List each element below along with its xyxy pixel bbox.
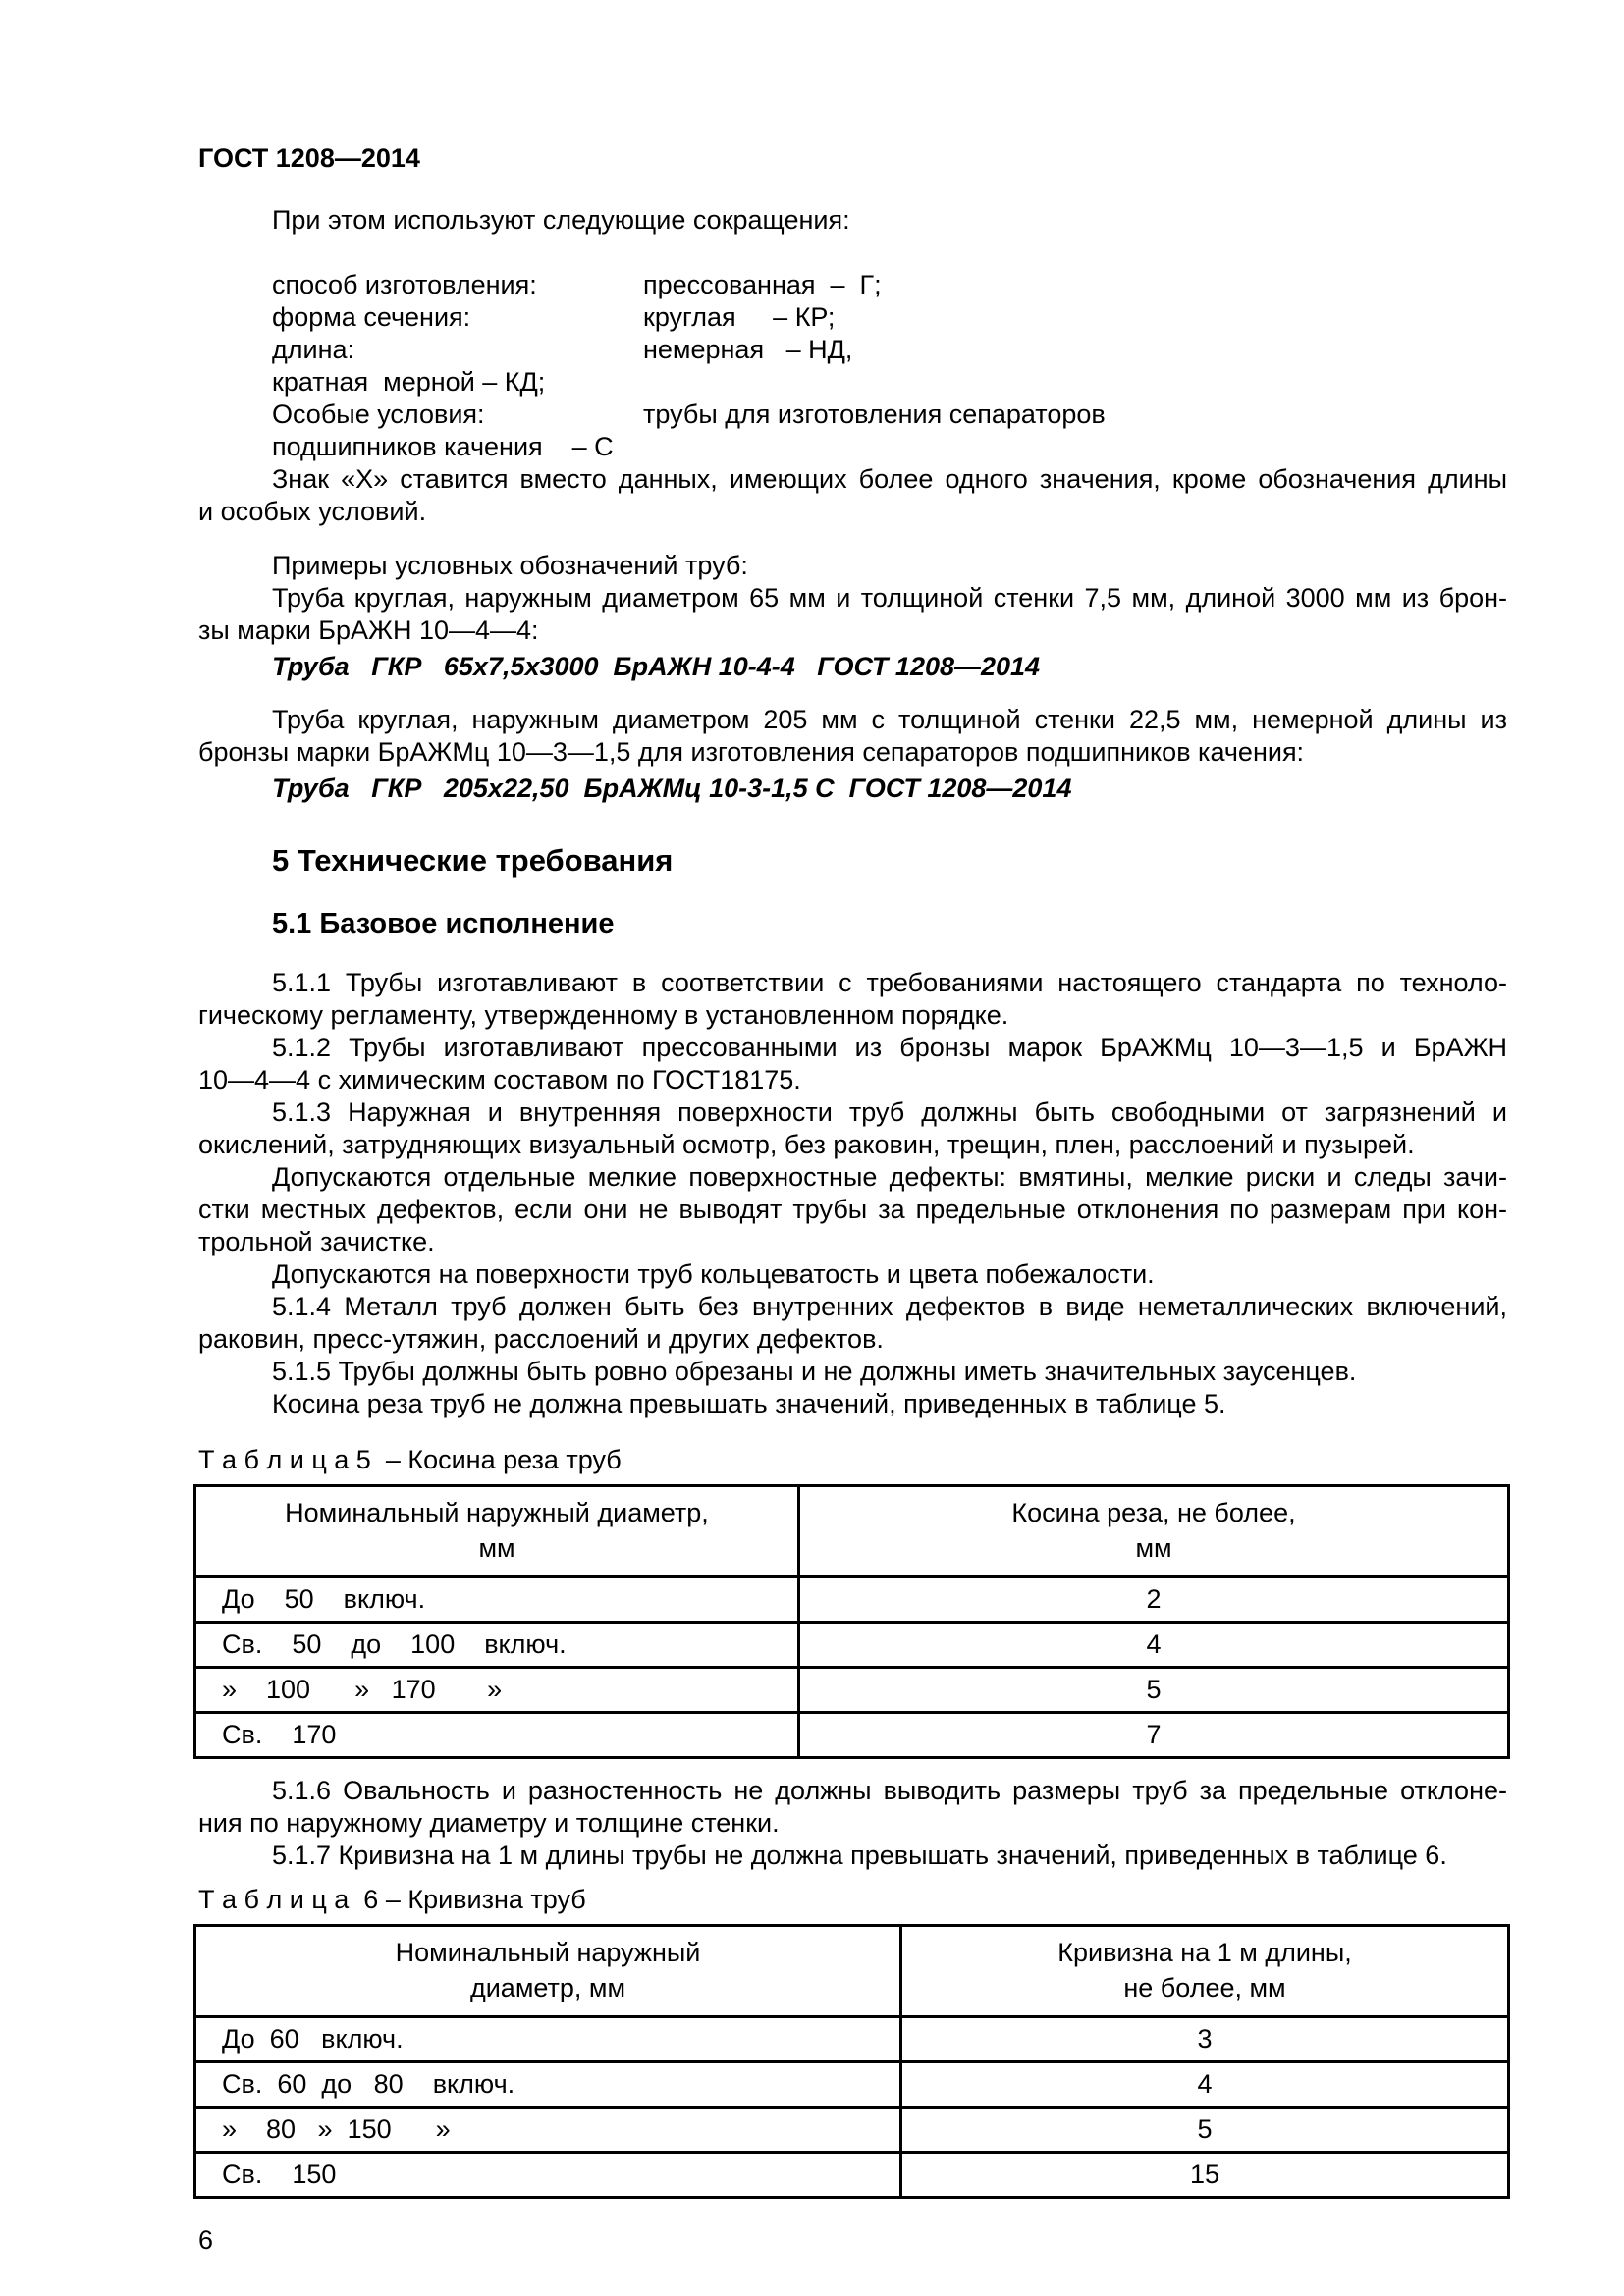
value-cell: 5: [901, 2108, 1509, 2153]
table5-caption: Т а б л и ц а 5 – Косина реза труб: [198, 1444, 1507, 1476]
table5-col1-header: Номинальный наружный диаметр, мм: [195, 1486, 799, 1577]
paragraph-line: раковин, пресс-утяжин, расслоений и друг…: [198, 1323, 1507, 1356]
table6-caption: Т а б л и ц а 6 – Кривизна труб: [198, 1884, 1507, 1916]
paragraph-5-1-2: 5.1.2 Трубы изготавливают прессованными …: [198, 1032, 1507, 1096]
paragraph-line: 5.1.6 Овальность и разностенность не дол…: [198, 1775, 1507, 1807]
paragraph-5-1-5: 5.1.5 Трубы должны быть ровно обрезаны и…: [198, 1356, 1507, 1388]
value-cell: 4: [799, 1623, 1509, 1668]
paragraph-line: Труба круглая, наружным диаметром 65 мм …: [198, 582, 1507, 614]
paragraph-line: Труба круглая, наружным диаметром 205 мм…: [198, 704, 1507, 736]
paragraph-kosina: Косина реза труб не должна превышать зна…: [198, 1388, 1507, 1420]
znak-paragraph: Знак «Х» ставится вместо данных, имеющих…: [198, 463, 1507, 528]
paragraph-line: зы марки БрАЖН 10—4—4:: [198, 614, 1507, 647]
paragraph-5-1-3: 5.1.3 Наружная и внутренняя поверхности …: [198, 1096, 1507, 1161]
abbreviation-label: длина:: [198, 334, 643, 366]
abbreviation-label: способ изготовления:: [198, 269, 643, 301]
examples-lead: Примеры условных обозначений труб:: [198, 550, 1507, 582]
section-heading: 5 Технические требования: [198, 841, 1507, 881]
paragraph-line: 5.1.3 Наружная и внутренняя поверхности …: [198, 1096, 1507, 1129]
abbreviation-label: подшипников качения – С: [198, 431, 643, 463]
document-page: ГОСТ 1208—2014 При этом используют следу…: [0, 0, 1624, 2296]
diameter-range-cell: Св. 150: [195, 2153, 901, 2198]
table-row: Св. 150 15: [195, 2153, 1509, 2198]
table-row: До 50 включ. 2: [195, 1577, 1509, 1623]
table-row: Св. 60 до 80 включ. 4: [195, 2062, 1509, 2108]
table5-col2-header: Косина реза, не более, мм: [799, 1486, 1509, 1577]
subsection-heading: 5.1 Базовое исполнение: [198, 906, 1507, 941]
example2-paragraph: Труба круглая, наружным диаметром 205 мм…: [198, 704, 1507, 769]
paragraph-5-1-4: 5.1.4 Металл труб должен быть без внутре…: [198, 1291, 1507, 1356]
paragraph-line: гическому регламенту, утвержденному в ус…: [198, 999, 1507, 1032]
paragraph-line: и особых условий.: [198, 496, 1507, 528]
paragraph-line: 10—4—4 с химическим составом по ГОСТ1817…: [198, 1064, 1507, 1096]
abbreviation-value: трубы для изготовления сепараторов: [643, 399, 1106, 431]
table-row: Св. 50 до 100 включ. 4: [195, 1623, 1509, 1668]
abbreviation-label: Особые условия:: [198, 399, 643, 431]
page-number: 6: [198, 2224, 1507, 2257]
value-cell: 7: [799, 1713, 1509, 1758]
abbreviation-value: прессованная – Г;: [643, 269, 882, 301]
diameter-range-cell: » 100 » 170 »: [195, 1668, 799, 1713]
paragraph-5-1-7: 5.1.7 Кривизна на 1 м длины трубы не дол…: [198, 1840, 1507, 1872]
abbreviation-list: способ изготовления: прессованная – Г; ф…: [198, 269, 1507, 463]
abbreviation-label: кратная мерной – КД;: [198, 366, 643, 399]
value-cell: 5: [799, 1668, 1509, 1713]
table-row: » 80 » 150 » 5: [195, 2108, 1509, 2153]
paragraph-line: 5.1.1 Трубы изготавливают в соответствии…: [198, 967, 1507, 999]
table-row: » 100 » 170 » 5: [195, 1668, 1509, 1713]
paragraph-line: Знак «Х» ставится вместо данных, имеющих…: [198, 463, 1507, 496]
table-row: До 60 включ. 3: [195, 2017, 1509, 2062]
diameter-range-cell: До 60 включ.: [195, 2017, 901, 2062]
table-row: Св. 170 7: [195, 1713, 1509, 1758]
value-cell: 4: [901, 2062, 1509, 2108]
abbreviation-row: подшипников качения – С: [198, 431, 1507, 463]
diameter-range-cell: » 80 » 150 »: [195, 2108, 901, 2153]
paragraph-line: трольной зачистке.: [198, 1226, 1507, 1258]
diameter-range-cell: До 50 включ.: [195, 1577, 799, 1623]
paragraph-line: бронзы марки БрАЖМц 10—3—1,5 для изготов…: [198, 736, 1507, 769]
abbreviation-row: Особые условия: трубы для изготовления с…: [198, 399, 1507, 431]
designation-line-2: Труба ГКР 205х22,50 БрАЖМц 10-3-1,5 С ГО…: [198, 773, 1507, 806]
abbreviation-row: форма сечения: круглая – КР;: [198, 301, 1507, 334]
abbreviation-value: круглая – КР;: [643, 301, 835, 334]
example1-paragraph: Труба круглая, наружным диаметром 65 мм …: [198, 582, 1507, 647]
paragraph-line: окислений, затрудняющих визуальный осмот…: [198, 1129, 1507, 1161]
abbreviation-label: форма сечения:: [198, 301, 643, 334]
value-cell: 15: [901, 2153, 1509, 2198]
paragraph-line: стки местных дефектов, если они не вывод…: [198, 1194, 1507, 1226]
paragraph-line: ния по наружному диаметру и толщине стен…: [198, 1807, 1507, 1840]
page-content: ГОСТ 1208—2014 При этом используют следу…: [198, 142, 1507, 2257]
paragraph-defects: Допускаются отдельные мелкие поверхностн…: [198, 1161, 1507, 1258]
diameter-range-cell: Св. 170: [195, 1713, 799, 1758]
paragraph-line: 5.1.4 Металл труб должен быть без внутре…: [198, 1291, 1507, 1323]
abbreviation-row: способ изготовления: прессованная – Г;: [198, 269, 1507, 301]
paragraph-5-1-1: 5.1.1 Трубы изготавливают в соответствии…: [198, 967, 1507, 1032]
table6-col2-header: Кривизна на 1 м длины, не более, мм: [901, 1926, 1509, 2017]
value-cell: 2: [799, 1577, 1509, 1623]
diameter-range-cell: Св. 50 до 100 включ.: [195, 1623, 799, 1668]
doc-header: ГОСТ 1208—2014: [198, 142, 1507, 175]
designation-line-1: Труба ГКР 65х7,5х3000 БрАЖН 10-4-4 ГОСТ …: [198, 651, 1507, 684]
table6-col1-header: Номинальный наружный диаметр, мм: [195, 1926, 901, 2017]
table5: Номинальный наружный диаметр, мм Косина …: [193, 1484, 1510, 1759]
paragraph-line: 5.1.2 Трубы изготавливают прессованными …: [198, 1032, 1507, 1064]
abbreviation-row: длина: немерная – НД,: [198, 334, 1507, 366]
paragraph-5-1-6: 5.1.6 Овальность и разностенность не дол…: [198, 1775, 1507, 1840]
abbreviation-value: немерная – НД,: [643, 334, 852, 366]
paragraph-line: Допускаются отдельные мелкие поверхностн…: [198, 1161, 1507, 1194]
paragraph-surface: Допускаются на поверхности труб кольцева…: [198, 1258, 1507, 1291]
table6-header-row: Номинальный наружный диаметр, мм Кривизн…: [195, 1926, 1509, 2017]
value-cell: 3: [901, 2017, 1509, 2062]
abbreviation-row: кратная мерной – КД;: [198, 366, 1507, 399]
intro-lead: При этом используют следующие сокращения…: [198, 204, 1507, 237]
diameter-range-cell: Св. 60 до 80 включ.: [195, 2062, 901, 2108]
table6: Номинальный наружный диаметр, мм Кривизн…: [193, 1924, 1510, 2199]
table5-header-row: Номинальный наружный диаметр, мм Косина …: [195, 1486, 1509, 1577]
